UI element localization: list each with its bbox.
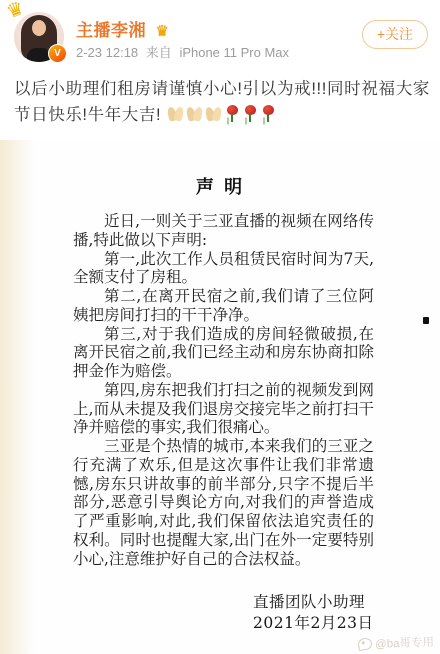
statement-paragraph: 三亚是个热情的城市,本来我们的三亚之行充满了欢乐,但是这次事件让我们非常遗憾,房… <box>73 437 374 568</box>
rose-emoji <box>261 105 275 123</box>
vip-crown-icon: ♛ <box>155 22 168 40</box>
username-line: 主播李湘 ♛ <box>76 16 169 41</box>
folded-hands-emoji <box>206 106 221 122</box>
watermark: @ba哥专用 <box>358 634 434 653</box>
folded-hands-emoji <box>168 106 183 122</box>
statement-paragraph: 第一,此次工作人员租赁民宿时间为7天,全额支付了房租。 <box>73 250 374 288</box>
avatar-face <box>32 20 46 36</box>
statement-paragraph: 第三,对于我们造成的房间轻微破损,在离开民宿之前,我们已经主动和房东协商扣除押金… <box>73 325 374 381</box>
username[interactable]: 主播李湘 <box>76 21 146 40</box>
folded-hands-emoji <box>187 106 202 122</box>
statement-paragraph: 第四,房东把我们打扫之前的视频发到网上,而从未提及我们退房交接完毕之前打扫干净并… <box>73 381 374 437</box>
photo-artifact-dot <box>423 317 429 324</box>
source-device[interactable]: iPhone 11 Pro Max <box>179 45 289 60</box>
statement-title: 声 明 <box>0 173 440 199</box>
signature-date: 2021年2月23日 <box>253 613 374 634</box>
signature-block: 直播团队小助理 2021年2月23日 <box>253 592 374 634</box>
post-header: ♛ V 主播李湘 ♛ 2-23 12:18 来自 iPhone 11 Pro M… <box>14 12 430 70</box>
statement-photo[interactable]: 声 明 近日,一则关于三亚直播的视频在网络传播,特此做以下声明:第一,此次工作人… <box>0 140 440 654</box>
source-prefix: 来自 <box>146 45 172 60</box>
verified-v-badge-icon: V <box>48 44 67 63</box>
post-meta: 2-23 12:18 来自 iPhone 11 Pro Max <box>76 42 293 61</box>
watermark-text: @ba哥专用 <box>375 634 434 652</box>
post-text: 以后小助理们租房请谨慎小心!引以为戒!!!同时祝福大家节日快乐!牛年大吉! <box>14 76 430 128</box>
rose-emoji <box>243 105 257 123</box>
avatar[interactable]: ♛ V <box>14 12 64 62</box>
signature-name: 直播团队小助理 <box>253 592 374 613</box>
timestamp: 2-23 12:18 <box>76 45 138 60</box>
weibo-eye-icon <box>357 637 373 651</box>
post-text-content: 以后小助理们租房请谨慎小心!引以为戒!!!同时祝福大家节日快乐!牛年大吉! <box>14 80 430 124</box>
follow-button[interactable]: +关注 <box>362 20 428 49</box>
statement-body: 近日,一则关于三亚直播的视频在网络传播,特此做以下声明:第一,此次工作人员租赁民… <box>73 212 374 568</box>
statement-paragraph: 近日,一则关于三亚直播的视频在网络传播,特此做以下声明: <box>73 212 374 250</box>
rose-emoji <box>225 105 239 123</box>
statement-paragraph: 第二,在离开民宿之前,我们请了三位阿姨把房间打扫的干干净净。 <box>73 287 374 325</box>
